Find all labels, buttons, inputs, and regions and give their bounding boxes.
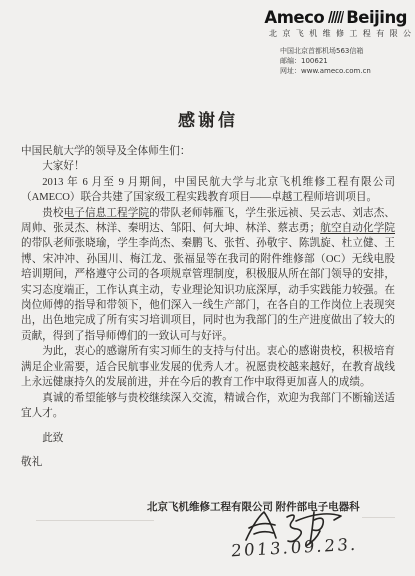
- letterhead: Ameco Beijing 北京飞机维修工程有限公司 中国北京首都机场563信箱…: [269, 9, 407, 76]
- greeting: 大家好！: [21, 159, 395, 174]
- letter-title: 感谢信: [21, 106, 395, 131]
- paragraph-text: 的带队老师张晓瑜，学生李尚杰、秦鹏飞、张哲、孙敬宇、陈凯旋、杜立健、王博、宋冲冲…: [21, 238, 395, 341]
- address-line: 中国北京首都机场563信箱: [280, 46, 407, 56]
- paragraph-project: 2013 年 6 月至 9 月期间，中国民航大学与北京飞机维修工程有限公司（AM…: [21, 175, 395, 206]
- paragraph-wishes: 真诚的希望能够与贵校继续深入交流，精诚合作，欢迎为我部门不断输送适宜人才。: [21, 391, 395, 422]
- paragraph-text: 贵校: [42, 208, 63, 219]
- school-name-underlined: 航空自动化学院: [320, 223, 395, 234]
- paragraph-trainees: 贵校电子信息工程学院的带队老师韩雁飞，学生张远祯、吴云志、刘志杰、周帅、张灵杰、…: [21, 206, 395, 345]
- scan-crease-line: [36, 520, 154, 521]
- letter-body: 感谢信 中国民航大学的领导及全体师生们： 大家好！ 2013 年 6 月至 9 …: [21, 106, 395, 470]
- closing-jingli: 敬礼: [21, 455, 395, 470]
- website-line: 网址：www.ameco.com.cn: [280, 66, 407, 76]
- ameco-wordmark: Ameco: [264, 9, 324, 27]
- postcode-line: 邮编：100621: [280, 56, 407, 66]
- scan-crease-line: [362, 517, 395, 518]
- ameco-stripes-icon: [327, 10, 344, 24]
- address-block: 中国北京首都机场563信箱 邮编：100621 网址：www.ameco.com…: [280, 46, 407, 76]
- salutation: 中国民航大学的领导及全体师生们：: [21, 144, 395, 159]
- scanned-letter-page: Ameco Beijing 北京飞机维修工程有限公司 中国北京首都机场563信箱…: [0, 0, 415, 576]
- beijing-wordmark: Beijing: [346, 9, 407, 27]
- paragraph-thanks: 为此，衷心的感谢所有实习师生的支持与付出。衷心的感谢贵校，积极培育满足企业需要，…: [21, 344, 395, 390]
- company-name-cn: 北京飞机维修工程有限公司: [269, 28, 412, 39]
- closing-cizhi: 此致: [21, 431, 395, 446]
- school-name-underlined: 电子信息工程学院: [64, 208, 150, 219]
- ameco-logo: Ameco Beijing: [269, 9, 407, 27]
